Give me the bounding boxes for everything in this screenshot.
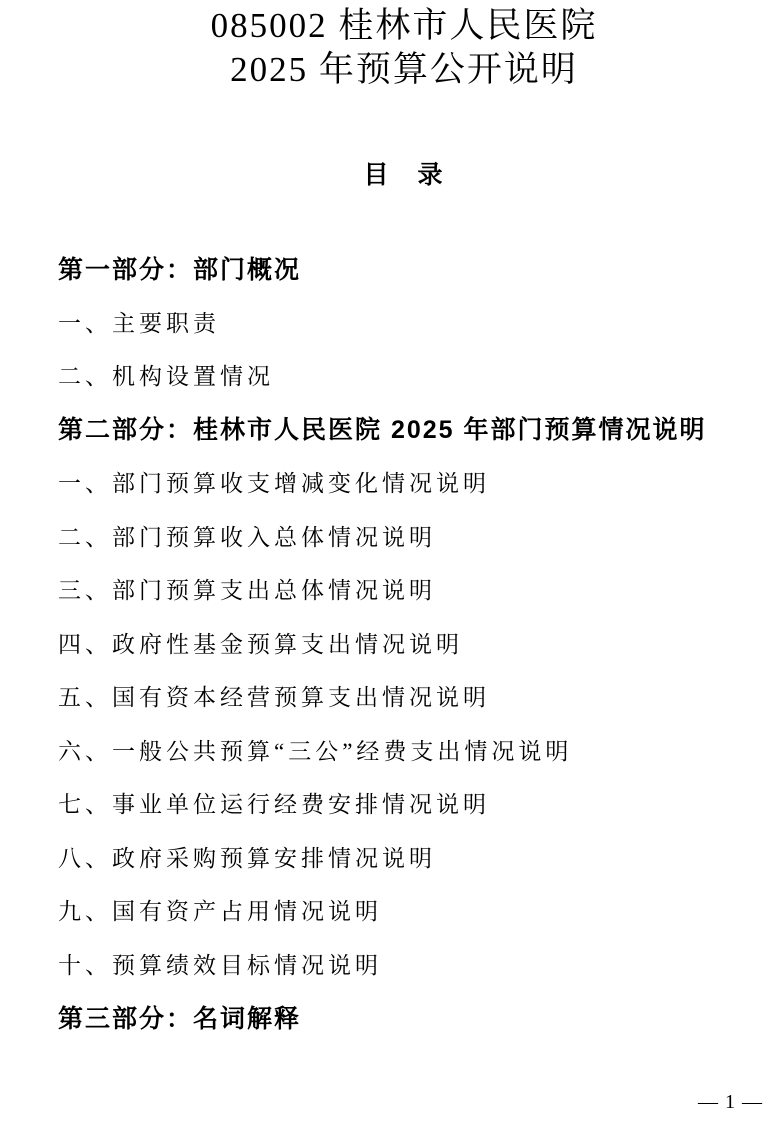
toc-item: 四、政府性基金预算支出情况说明 [58, 616, 756, 670]
toc-list: 第一部分：部门概况一、主要职责二、机构设置情况第二部分：桂林市人民医院 2025… [58, 241, 756, 1044]
toc-item: 七、事业单位运行经费安排情况说明 [58, 776, 756, 830]
toc-item: 三、部门预算支出总体情况说明 [58, 562, 756, 616]
toc-heading: 目 录 [32, 160, 776, 190]
document-title: 085002 桂林市人民医院 2025 年预算公开说明 [32, 4, 776, 92]
document-page: 085002 桂林市人民医院 2025 年预算公开说明 目 录 第一部分：部门概… [0, 0, 776, 1122]
toc-item: 一、部门预算收支增减变化情况说明 [58, 455, 756, 509]
toc-section-header: 第二部分：桂林市人民医院 2025 年部门预算情况说明 [58, 402, 756, 456]
document-title-line-1: 085002 桂林市人民医院 [32, 4, 776, 48]
toc-item: 六、一般公共预算“三公”经费支出情况说明 [58, 723, 756, 777]
toc-item: 五、国有资本经营预算支出情况说明 [58, 669, 756, 723]
toc-item: 二、机构设置情况 [58, 348, 756, 402]
toc-section-header: 第一部分：部门概况 [58, 241, 756, 295]
toc-item: 一、主要职责 [58, 295, 756, 349]
toc-section-header: 第三部分：名词解释 [58, 990, 756, 1044]
toc-item: 九、国有资产占用情况说明 [58, 883, 756, 937]
document-title-line-2: 2025 年预算公开说明 [32, 48, 776, 92]
toc-item: 八、政府采购预算安排情况说明 [58, 830, 756, 884]
page-number: — 1 — [698, 1091, 763, 1114]
toc-item: 十、预算绩效目标情况说明 [58, 937, 756, 991]
toc-item: 二、部门预算收入总体情况说明 [58, 509, 756, 563]
